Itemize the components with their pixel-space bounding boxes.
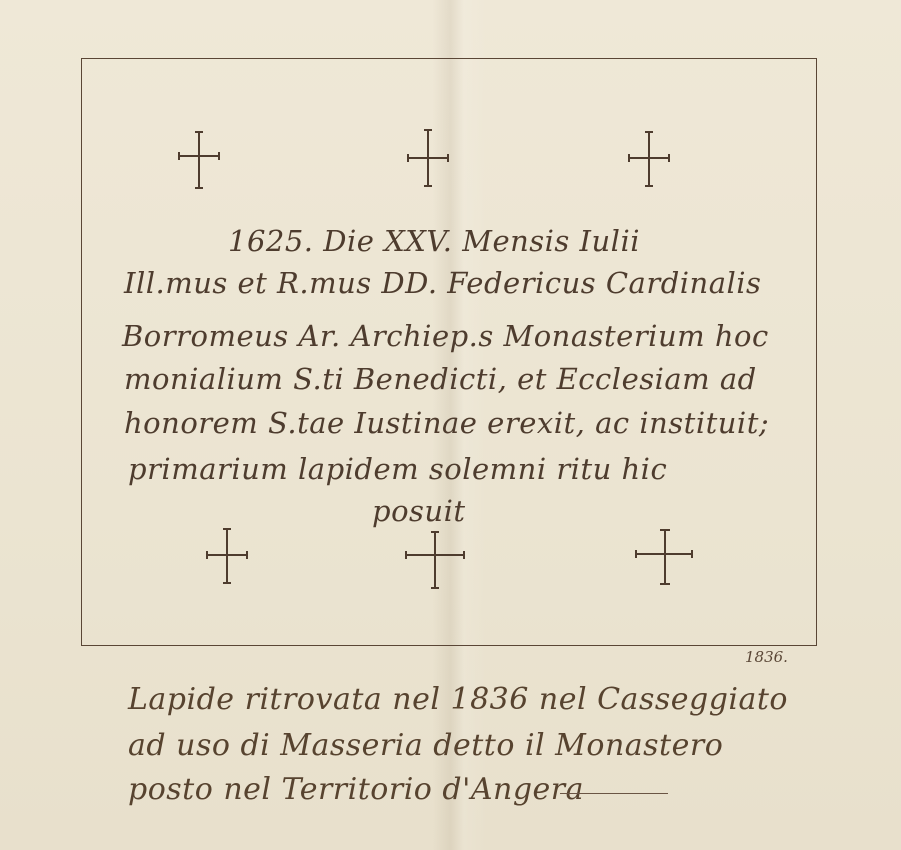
- inscription-line-6: primarium lapidem solemni ritu hic: [128, 452, 667, 486]
- annotation-line-3: posto nel Territorio d'Angera: [128, 772, 584, 807]
- cross-icon: [627, 130, 671, 190]
- annotation-underline: [560, 793, 668, 794]
- cross-icon: [406, 128, 450, 188]
- inscription-line-1: 1625. Die XXV. Mensis Iulii: [228, 224, 640, 258]
- cross-icon: [177, 130, 221, 190]
- margin-year: 1836.: [745, 648, 788, 666]
- manuscript-page: 1625. Die XXV. Mensis Iulii Ill.mus et R…: [0, 0, 901, 850]
- annotation-line-2: ad uso di Masseria detto il Monastero: [128, 728, 723, 763]
- inscription-line-3: Borromeus Ar. Archiep.s Monasterium hoc: [122, 319, 769, 353]
- annotation-line-1: Lapide ritrovata nel 1836 nel Casseggiat…: [128, 682, 788, 717]
- cross-icon: [205, 527, 249, 587]
- cross-icon: [404, 530, 466, 590]
- inscription-line-2: Ill.mus et R.mus DD. Federicus Cardinali…: [124, 266, 761, 300]
- cross-icon: [634, 528, 694, 588]
- inscription-line-7: posuit: [372, 494, 466, 528]
- inscription-line-4: monialium S.ti Benedicti, et Ecclesiam a…: [124, 362, 757, 396]
- inscription-line-5: honorem S.tae Iustinae erexit, ac instit…: [124, 406, 769, 440]
